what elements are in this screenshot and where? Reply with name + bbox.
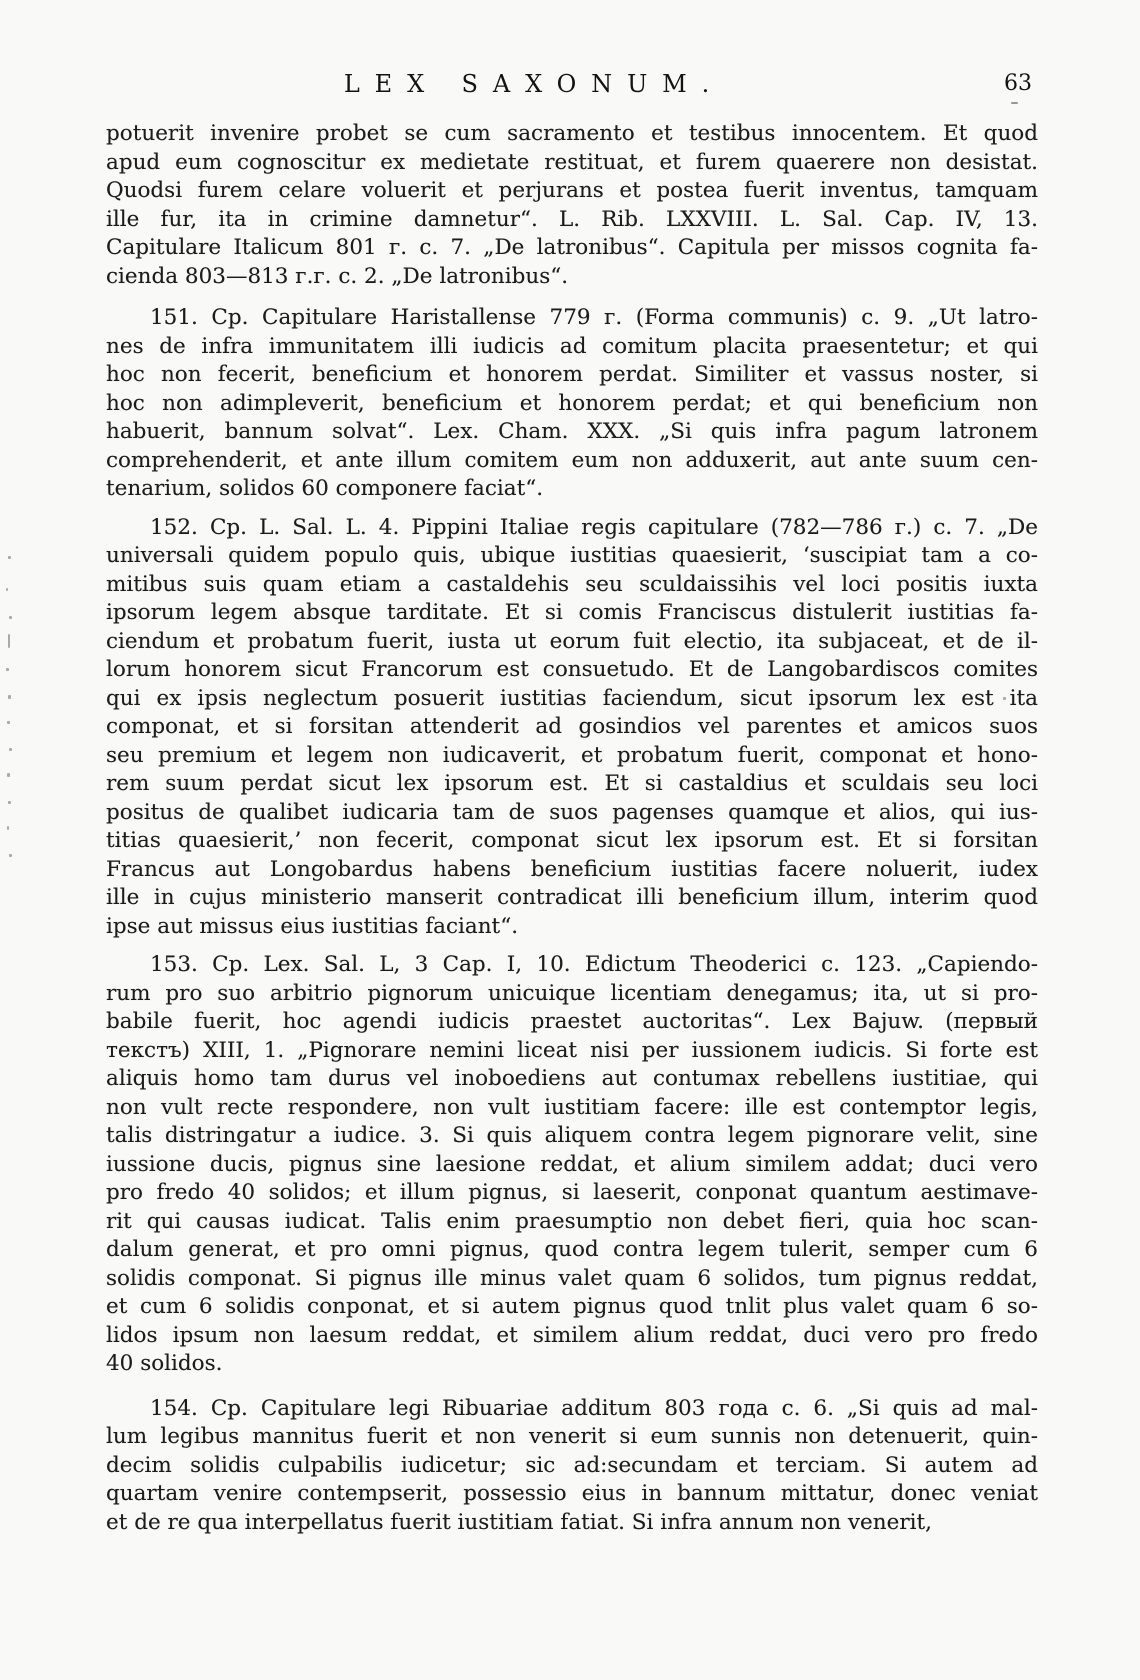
text-line: rum pro suo arbitrio pignorum unicuique …: [106, 980, 1038, 1009]
scan-speck: [7, 773, 10, 777]
scan-speck: [1003, 697, 1006, 700]
text-line: pro fredo 40 solidos; et illum pignus, s…: [106, 1179, 1038, 1208]
text-line: hoc non adimpleverit, beneficium et hono…: [106, 390, 1038, 419]
page-header: LEX SAXONUM. 63: [104, 70, 1036, 106]
scan-speck: [9, 748, 12, 751]
text-line: talis distringatur a iudice. 3. Si quis …: [106, 1122, 1038, 1151]
scan-speck: [8, 695, 11, 699]
text-line: tenarium, solidos 60 componere faciat“.: [106, 475, 1038, 504]
text-line: aliquis homo tam durus vel inoboediens a…: [106, 1065, 1038, 1094]
text-line: potuerit invenire probet se cum sacramen…: [106, 120, 1038, 149]
text-line: quartam venire contempserit, possessio e…: [106, 1480, 1038, 1509]
running-title: LEX SAXONUM.: [274, 70, 794, 98]
text-line: ipse aut missus eius iustitias faciant“.: [106, 913, 1038, 942]
text-line: lorum honorem sicut Francorum est consue…: [106, 656, 1038, 685]
text-line: cienda 803—813 г.г. c. 2. „De latronibus…: [106, 263, 1038, 292]
text-line: babile fuerit, hoc agendi iudicis praest…: [106, 1008, 1038, 1037]
text-line: dalum generat, et pro omni pignus, quod …: [106, 1236, 1038, 1265]
text-line: 152. Cp. L. Sal. L. 4. Pippini Italiae r…: [106, 514, 1038, 543]
page-body: potuerit invenire probet se cum sacramen…: [106, 120, 1038, 1537]
scan-speck: [9, 854, 12, 857]
text-line: habuerit, bannum solvat“. Lex. Cham. XXX…: [106, 418, 1038, 447]
text-line: ille in cujus ministerio manserit contra…: [106, 884, 1038, 913]
text-line: 40 solidos.: [106, 1350, 1038, 1379]
scan-speck: [1011, 102, 1018, 104]
text-line: Quodsi furem celare voluerit et perjuran…: [106, 177, 1038, 206]
text-line: componat, et si forsitan attenderit ad g…: [106, 713, 1038, 742]
text-line: titias quaesierit,’ non fecerit, compona…: [106, 827, 1038, 856]
text-line: ciendum et probatum fuerit, iusta ut eor…: [106, 628, 1038, 657]
text-line: текстъ) XIII, 1. „Pignorare nemini licea…: [106, 1037, 1038, 1066]
scan-speck: [7, 826, 9, 830]
text-line: iussione ducis, pignus sine laesione red…: [106, 1151, 1038, 1180]
scan-speck: [8, 634, 10, 648]
paragraph-152: 152. Cp. L. Sal. L. 4. Pippini Italiae r…: [106, 514, 1038, 942]
text-line: et cum 6 solidis conponat, et si autem p…: [106, 1293, 1038, 1322]
text-line: ipsorum legem absque tarditate. Et si co…: [106, 599, 1038, 628]
scan-speck: [9, 616, 12, 619]
text-line: lum legibus mannitus fuerit et non vener…: [106, 1423, 1038, 1452]
text-line: seu premium et legem non iudicaverit, et…: [106, 742, 1038, 771]
text-line: decim solidis culpabilis iudicetur; sic …: [106, 1452, 1038, 1481]
page-number: 63: [1004, 71, 1032, 96]
text-line: apud eum cognoscitur ex medietate restit…: [106, 149, 1038, 178]
text-line: Francus aut Longobardus habens beneficiu…: [106, 856, 1038, 885]
scan-speck: [6, 668, 9, 671]
text-line: Capitulare Italicum 801 г. c. 7. „De lat…: [106, 234, 1038, 263]
scan-speck: [8, 801, 11, 804]
scanned-book-page: LEX SAXONUM. 63 potuerit invenire probet…: [0, 0, 1140, 1680]
text-line: comprehenderit, et ante illum comitem eu…: [106, 447, 1038, 476]
text-line: rem suum perdat sicut lex ipsorum est. E…: [106, 770, 1038, 799]
text-line: lidos ipsum non laesum reddat, et simile…: [106, 1322, 1038, 1351]
text-line: rit qui causas iudicat. Talis enim praes…: [106, 1208, 1038, 1237]
text-line: mitibus suis quam etiam a castaldehis se…: [106, 571, 1038, 600]
paragraph-153: 153. Cp. Lex. Sal. L, 3 Cap. I, 10. Edic…: [106, 951, 1038, 1379]
text-line: 153. Cp. Lex. Sal. L, 3 Cap. I, 10. Edic…: [106, 951, 1038, 980]
scan-speck: [7, 721, 10, 724]
text-line: non vult recte respondere, non vult iust…: [106, 1094, 1038, 1123]
text-line: et de re qua interpellatus fuerit iustit…: [106, 1509, 1038, 1538]
text-line: solidis componat. Si pignus ille minus v…: [106, 1265, 1038, 1294]
paragraph-151: 151. Cp. Capitulare Haristallense 779 г.…: [106, 304, 1038, 504]
text-line: hoc non fecerit, beneficium et honorem p…: [106, 361, 1038, 390]
text-line: positus de qualibet iudicaria tam de suo…: [106, 799, 1038, 828]
paragraph-continuation: potuerit invenire probet se cum sacramen…: [106, 120, 1038, 291]
scan-speck: [6, 588, 8, 591]
text-line: nes de infra immunitatem illi iudicis ad…: [106, 333, 1038, 362]
text-line: universali quidem populo quis, ubique iu…: [106, 542, 1038, 571]
text-line: 151. Cp. Capitulare Haristallense 779 г.…: [106, 304, 1038, 333]
scan-speck: [8, 556, 11, 559]
text-line: ille fur, ita in crimine damnetur“. L. R…: [106, 206, 1038, 235]
paragraph-154: 154. Cp. Capitulare legi Ribuariae addit…: [106, 1395, 1038, 1538]
text-line: 154. Cp. Capitulare legi Ribuariae addit…: [106, 1395, 1038, 1424]
text-line: qui ex ipsis neglectum posuerit iustitia…: [106, 685, 1038, 714]
